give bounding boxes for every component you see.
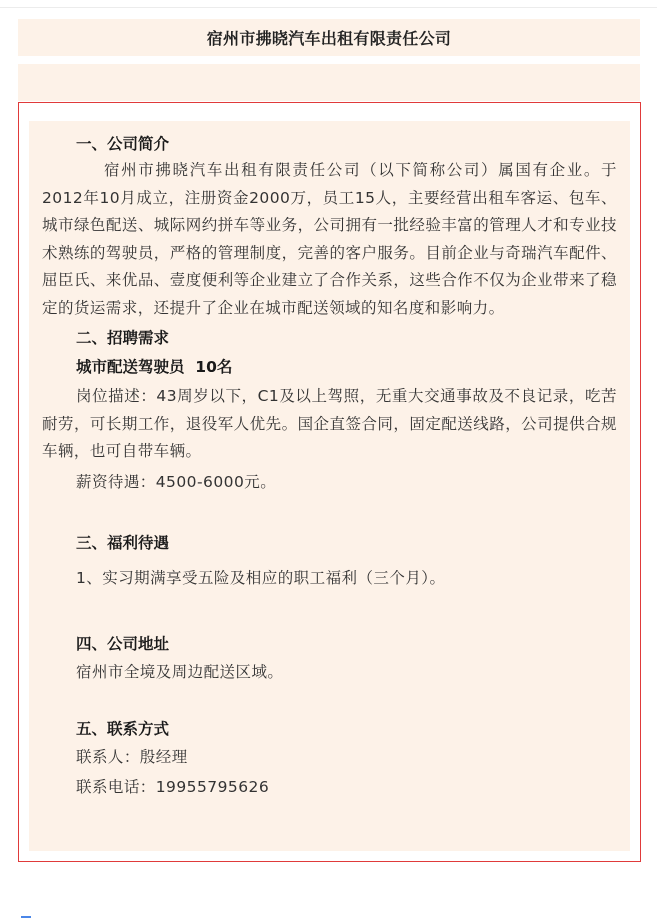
- benefits-heading: 三、福利待遇: [42, 530, 617, 556]
- address-body: 宿州市全境及周边配送区域。: [42, 659, 617, 687]
- contact-phone: 联系电话：19955795626: [42, 774, 617, 802]
- content-frame: 一、公司简介 宿州市拂晓汽车出租有限责任公司（以下简称公司）属国有企业。于201…: [18, 102, 641, 862]
- recruit-description: 岗位描述：43周岁以下，C1及以上驾照，无重大交通事故及不良记录，吃苦耐劳，可长…: [42, 383, 617, 466]
- content-panel: 一、公司简介 宿州市拂晓汽车出租有限责任公司（以下简称公司）属国有企业。于201…: [29, 121, 630, 851]
- recruit-position: 城市配送驾驶员 10名: [42, 354, 617, 380]
- benefits-item: 1、实习期满享受五险及相应的职工福利（三个月）。: [42, 565, 617, 593]
- page-title: 宿州市拂晓汽车出租有限责任公司: [207, 26, 452, 49]
- contact-heading: 五、联系方式: [42, 716, 617, 742]
- intro-heading: 一、公司简介: [42, 131, 617, 157]
- intro-body: 宿州市拂晓汽车出租有限责任公司（以下简称公司）属国有企业。于2012年10月成立…: [42, 157, 617, 322]
- address-heading: 四、公司地址: [42, 631, 617, 657]
- subtitle-bar: [18, 64, 640, 101]
- page-title-bar: 宿州市拂晓汽车出租有限责任公司: [18, 19, 640, 56]
- top-divider: [0, 7, 657, 8]
- recruit-heading: 二、招聘需求: [42, 325, 617, 351]
- contact-person: 联系人：殷经理: [42, 744, 617, 772]
- recruit-salary: 薪资待遇：4500-6000元。: [42, 469, 617, 497]
